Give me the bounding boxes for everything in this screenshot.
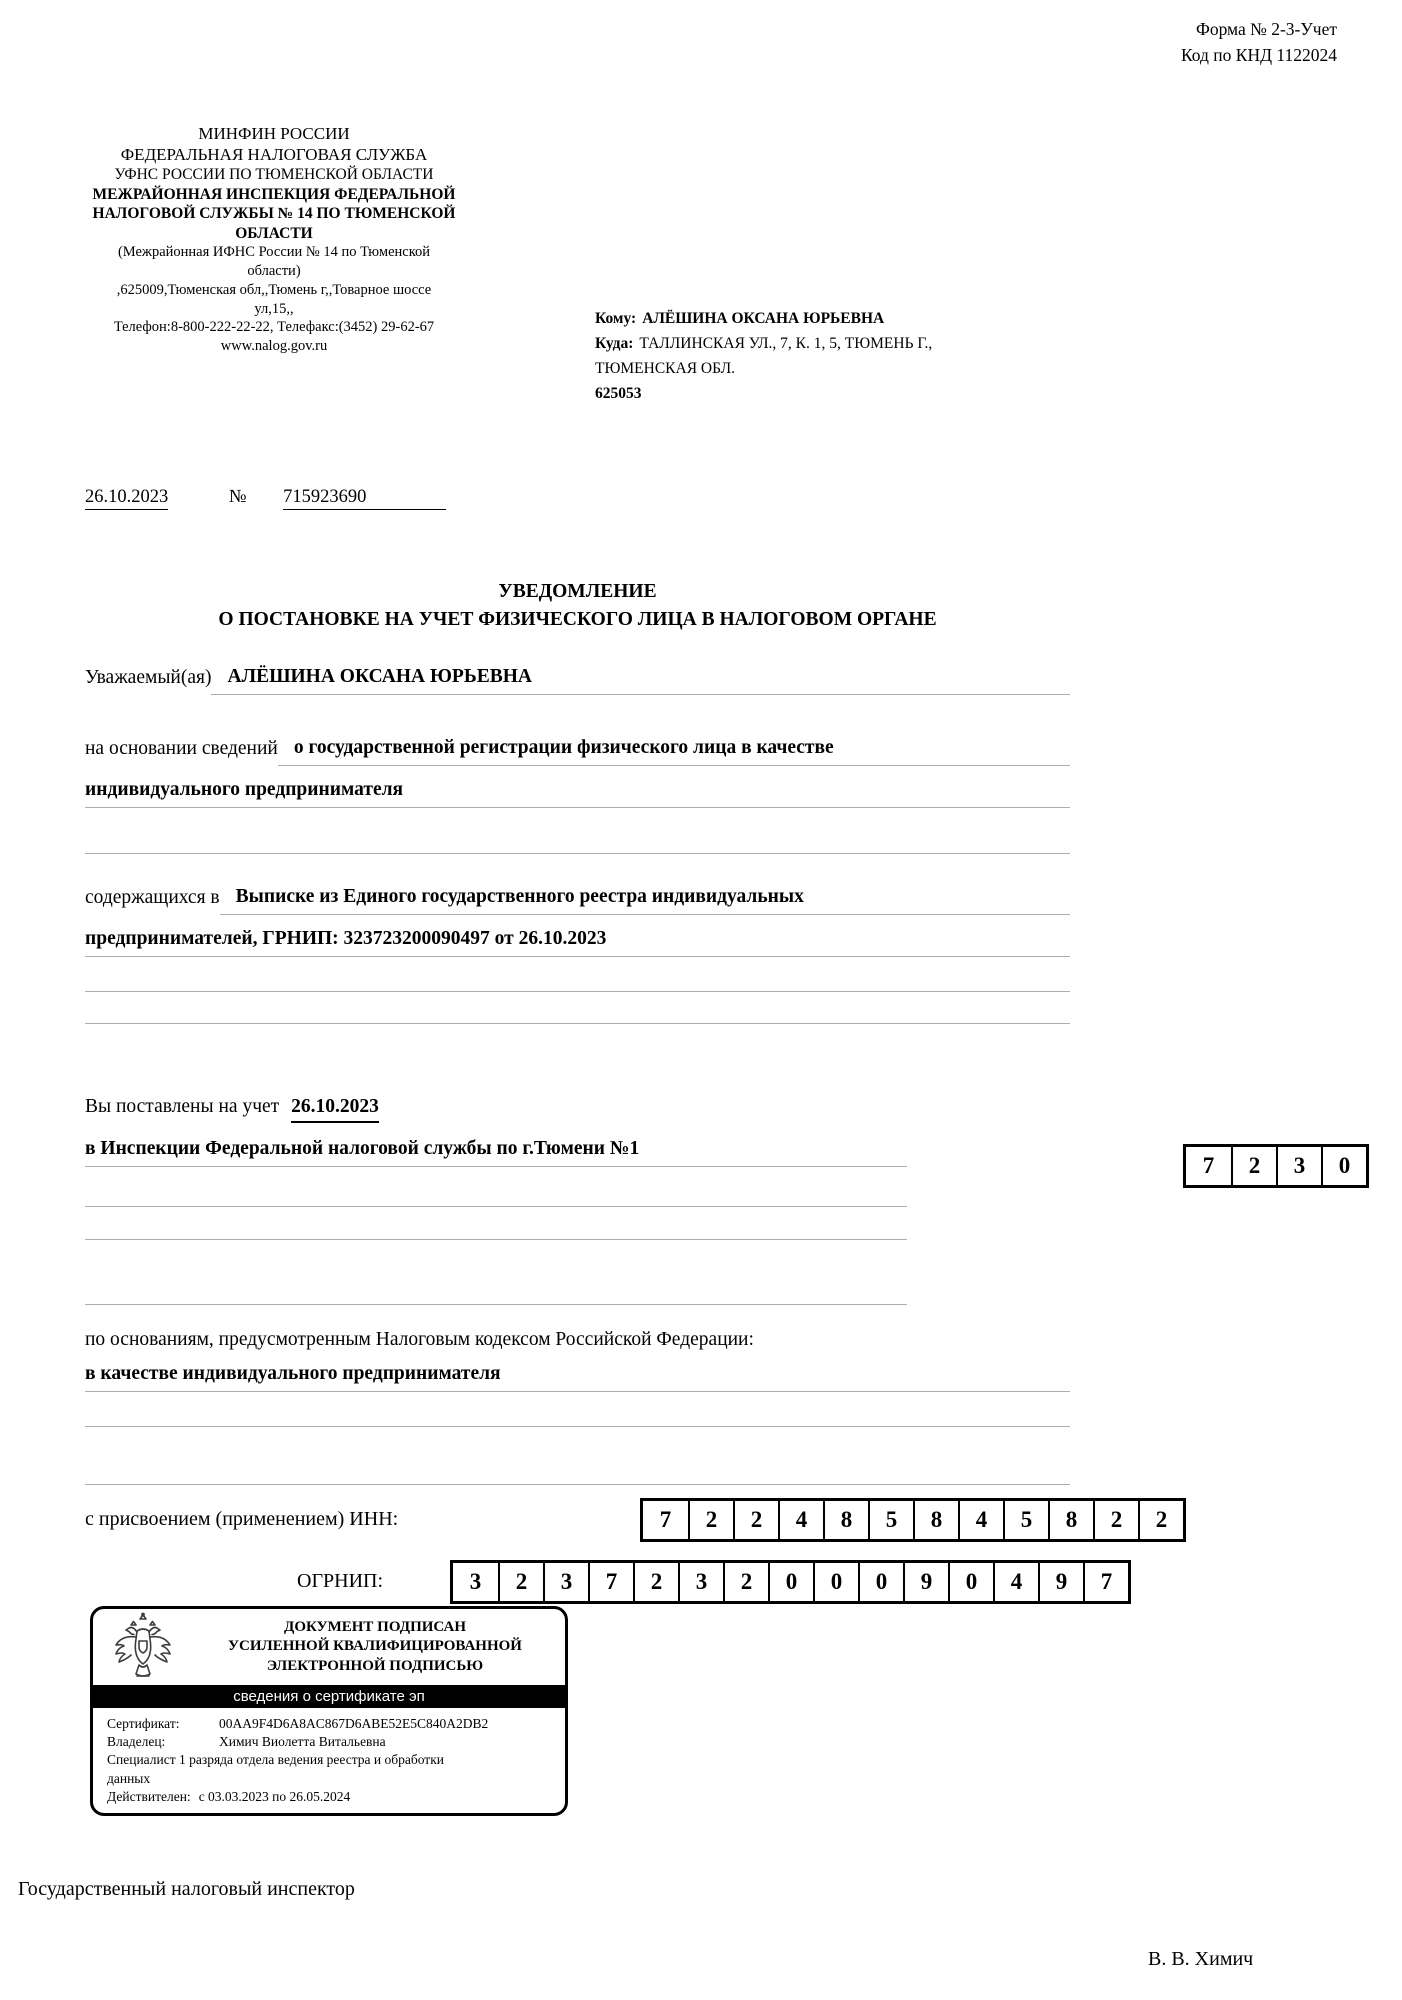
basis-label: на основании сведений bbox=[85, 738, 278, 766]
agency-inspection-short-line: (Межрайонная ИФНС России № 14 по Тюменск… bbox=[85, 243, 463, 262]
owner-position-line: данных bbox=[107, 1770, 555, 1788]
stamp-details: Сертификат: 00AA9F4D6A8AC867D6ABE52E5C84… bbox=[93, 1708, 565, 1814]
notice-title: УВЕДОМЛЕНИЕ О ПОСТАНОВКЕ НА УЧЕТ ФИЗИЧЕС… bbox=[85, 578, 1070, 633]
digit-cell: 4 bbox=[993, 1563, 1038, 1601]
digit-cell: 3 bbox=[453, 1563, 498, 1601]
field-line bbox=[85, 1239, 907, 1240]
field-line bbox=[85, 991, 1070, 992]
inn-grid: 722485845822 bbox=[640, 1498, 1186, 1542]
field-line bbox=[85, 1023, 1070, 1024]
basis-row-2: индивидуального предпринимателя bbox=[85, 779, 1070, 808]
digit-cell: 2 bbox=[1138, 1501, 1183, 1539]
agency-inspection-name-line: МЕЖРАЙОННАЯ ИНСПЕКЦИЯ ФЕДЕРАЛЬНОЙ bbox=[85, 185, 463, 204]
grounds-value-row: в качестве индивидуального предпринимате… bbox=[85, 1363, 1070, 1392]
certificate-label: Сертификат: bbox=[107, 1715, 219, 1733]
digit-cell: 5 bbox=[1003, 1501, 1048, 1539]
basis-value-line2: индивидуального предпринимателя bbox=[85, 779, 1070, 808]
digit-cell: 2 bbox=[1093, 1501, 1138, 1539]
stamp-title: ДОКУМЕНТ ПОДПИСАН УСИЛЕННОЙ КВАЛИФИЦИРОВ… bbox=[193, 1609, 565, 1685]
certificate-bar: сведения о сертификате эп bbox=[93, 1685, 565, 1708]
agency-website: www.nalog.gov.ru bbox=[85, 337, 463, 356]
recipient-to-label: Кому: bbox=[595, 310, 636, 327]
contained-row-2: предпринимателей, ГРНИП: 323723200090497… bbox=[85, 928, 1070, 957]
digit-cell: 2 bbox=[1231, 1147, 1276, 1185]
agency-inspection-name: МЕЖРАЙОННАЯ ИНСПЕКЦИЯ ФЕДЕРАЛЬНОЙ НАЛОГО… bbox=[85, 185, 463, 243]
field-line bbox=[85, 1426, 1070, 1427]
digit-cell: 9 bbox=[1038, 1563, 1083, 1601]
field-line bbox=[85, 1484, 1070, 1485]
registered-date: 26.10.2023 bbox=[291, 1096, 379, 1123]
digit-cell: 0 bbox=[1321, 1147, 1366, 1185]
salutation-label: Уважаемый(ая) bbox=[85, 667, 211, 695]
document-page: { "form_header": { "form_number": "Форма… bbox=[0, 0, 1402, 2000]
digit-cell: 3 bbox=[543, 1563, 588, 1601]
digit-cell: 0 bbox=[813, 1563, 858, 1601]
certificate-row: Сертификат: 00AA9F4D6A8AC867D6ABE52E5C84… bbox=[107, 1715, 555, 1733]
grounds-label: по основаниям, предусмотренным Налоговым… bbox=[85, 1329, 754, 1351]
agency-inspection-name-line: ОБЛАСТИ bbox=[85, 224, 463, 243]
ogrnip-grid: 323723200090497 bbox=[450, 1560, 1131, 1604]
recipient-where-row: Куда:ТАЛЛИНСКАЯ УЛ., 7, К. 1, 5, ТЮМЕНЬ … bbox=[595, 331, 1060, 356]
inspection-code-grid: 7230 bbox=[1183, 1144, 1369, 1188]
digit-cell: 8 bbox=[913, 1501, 958, 1539]
basis-row-1: на основании сведений о государственной … bbox=[85, 737, 1070, 766]
recipient-where-row-2: ТЮМЕНСКАЯ ОБЛ. bbox=[595, 356, 1060, 381]
owner-position-line: Специалист 1 разряда отдела ведения реес… bbox=[107, 1751, 555, 1769]
agency-ministry: МИНФИН РОССИИ bbox=[85, 124, 463, 145]
contained-row-1: содержащихся в Выписке из Единого госуда… bbox=[85, 886, 1070, 915]
recipient-postal-code: 625053 bbox=[595, 381, 1060, 406]
digit-cell: 0 bbox=[948, 1563, 993, 1601]
agency-address-line: ,625009,Тюменская обл,,Тюмень г,,Товарно… bbox=[85, 281, 463, 300]
agency-block: МИНФИН РОССИИ ФЕДЕРАЛЬНАЯ НАЛОГОВАЯ СЛУЖ… bbox=[85, 124, 463, 356]
digit-cell: 2 bbox=[633, 1563, 678, 1601]
registered-row: Вы поставлены на учет 26.10.2023 bbox=[85, 1096, 1070, 1123]
contained-value-line2: предпринимателей, ГРНИП: 323723200090497… bbox=[85, 928, 1070, 957]
notice-title-line1: УВЕДОМЛЕНИЕ bbox=[85, 578, 1070, 606]
digit-cell: 4 bbox=[958, 1501, 1003, 1539]
recipient-where-value: ТАЛЛИНСКАЯ УЛ., 7, К. 1, 5, ТЮМЕНЬ Г., bbox=[639, 335, 932, 352]
signature-stamp: ДОКУМЕНТ ПОДПИСАН УСИЛЕННОЙ КВАЛИФИЦИРОВ… bbox=[90, 1606, 568, 1816]
digit-cell: 2 bbox=[498, 1563, 543, 1601]
form-code-block: Форма № 2-3-Учет Код по КНД 1122024 bbox=[1181, 16, 1337, 69]
digit-cell: 8 bbox=[1048, 1501, 1093, 1539]
salutation-row: Уважаемый(ая) АЛЁШИНА ОКСАНА ЮРЬЕВНА bbox=[85, 666, 1070, 695]
digit-cell: 4 bbox=[778, 1501, 823, 1539]
doc-meta-row: 26.10.2023 № 715923690 bbox=[85, 487, 446, 508]
doc-number-sign: № bbox=[229, 487, 247, 507]
grounds-label-row: по основаниям, предусмотренным Налоговым… bbox=[85, 1329, 1070, 1351]
owner-row: Владелец: Химич Виолетта Витальевна bbox=[107, 1733, 555, 1751]
digit-cell: 7 bbox=[588, 1563, 633, 1601]
grounds-value: в качестве индивидуального предпринимате… bbox=[85, 1363, 1070, 1392]
knd-code: Код по КНД 1122024 bbox=[1181, 42, 1337, 68]
doc-number: 715923690 bbox=[283, 487, 446, 510]
agency-service: ФЕДЕРАЛЬНАЯ НАЛОГОВАЯ СЛУЖБА bbox=[85, 145, 463, 166]
validity-label: Действителен: bbox=[107, 1788, 191, 1806]
digit-cell: 0 bbox=[858, 1563, 903, 1601]
registered-label: Вы поставлены на учет bbox=[85, 1096, 279, 1118]
salutation-name: АЛЁШИНА ОКСАНА ЮРЬЕВНА bbox=[211, 666, 1070, 695]
inspector-name: В. В. Химич bbox=[1148, 1948, 1253, 1971]
doc-date: 26.10.2023 bbox=[85, 487, 168, 510]
inspection-row: в Инспекции Федеральной налоговой службы… bbox=[85, 1138, 907, 1167]
agency-phone: Телефон:8-800-222-22-22, Телефакс:(3452)… bbox=[85, 318, 463, 337]
agency-department: УФНС РОССИИ ПО ТЮМЕНСКОЙ ОБЛАСТИ bbox=[85, 165, 463, 184]
recipient-where-label: Куда: bbox=[595, 335, 633, 352]
field-line bbox=[85, 1304, 907, 1305]
stamp-top: ДОКУМЕНТ ПОДПИСАН УСИЛЕННОЙ КВАЛИФИЦИРОВ… bbox=[93, 1609, 565, 1685]
notice-title-line2: О ПОСТАНОВКЕ НА УЧЕТ ФИЗИЧЕСКОГО ЛИЦА В … bbox=[85, 606, 1070, 634]
digit-cell: 8 bbox=[823, 1501, 868, 1539]
owner-value: Химич Виолетта Витальевна bbox=[219, 1733, 386, 1751]
recipient-to-value: АЛЁШИНА ОКСАНА ЮРЬЕВНА bbox=[642, 310, 884, 327]
digit-cell: 3 bbox=[678, 1563, 723, 1601]
digit-cell: 0 bbox=[768, 1563, 813, 1601]
stamp-title-line: ДОКУМЕНТ ПОДПИСАН bbox=[193, 1618, 557, 1638]
basis-value-line1: о государственной регистрации физическог… bbox=[278, 737, 1070, 766]
owner-label: Владелец: bbox=[107, 1733, 219, 1751]
digit-cell: 9 bbox=[903, 1563, 948, 1601]
field-line bbox=[85, 1206, 907, 1207]
validity-value: с 03.03.2023 по 26.05.2024 bbox=[199, 1788, 351, 1806]
digit-cell: 2 bbox=[723, 1563, 768, 1601]
digit-cell: 7 bbox=[1186, 1147, 1231, 1185]
contained-label: содержащихся в bbox=[85, 887, 220, 915]
certificate-value: 00AA9F4D6A8AC867D6ABE52E5C840A2DB2 bbox=[219, 1715, 488, 1733]
agency-inspection-short-line: области) bbox=[85, 262, 463, 281]
stamp-title-line: ЭЛЕКТРОННОЙ ПОДПИСЬЮ bbox=[193, 1657, 557, 1677]
recipient-block: Кому:АЛЁШИНА ОКСАНА ЮРЬЕВНА Куда:ТАЛЛИНС… bbox=[595, 306, 1060, 406]
validity-row: Действителен: с 03.03.2023 по 26.05.2024 bbox=[107, 1788, 555, 1806]
agency-address: ,625009,Тюменская обл,,Тюмень г,,Товарно… bbox=[85, 281, 463, 319]
digit-cell: 7 bbox=[643, 1501, 688, 1539]
digit-cell: 2 bbox=[688, 1501, 733, 1539]
contained-value-line1: Выписке из Единого государственного реес… bbox=[220, 886, 1070, 915]
double-headed-eagle-icon bbox=[93, 1609, 193, 1685]
digit-cell: 7 bbox=[1083, 1563, 1128, 1601]
digit-cell: 5 bbox=[868, 1501, 913, 1539]
recipient-to-row: Кому:АЛЁШИНА ОКСАНА ЮРЬЕВНА bbox=[595, 306, 1060, 331]
digit-cell: 3 bbox=[1276, 1147, 1321, 1185]
agency-address-line: ул,15,, bbox=[85, 300, 463, 319]
stamp-title-line: УСИЛЕННОЙ КВАЛИФИЦИРОВАННОЙ bbox=[193, 1637, 557, 1657]
field-line bbox=[85, 853, 1070, 854]
agency-inspection-name-line: НАЛОГОВОЙ СЛУЖБЫ № 14 ПО ТЮМЕНСКОЙ bbox=[85, 204, 463, 223]
inn-label: с присвоением (применением) ИНН: bbox=[85, 1508, 398, 1531]
form-number: Форма № 2-3-Учет bbox=[1181, 16, 1337, 42]
inspector-title: Государственный налоговый инспектор bbox=[18, 1878, 355, 1901]
agency-inspection-short: (Межрайонная ИФНС России № 14 по Тюменск… bbox=[85, 243, 463, 281]
digit-cell: 2 bbox=[733, 1501, 778, 1539]
inspection-name: в Инспекции Федеральной налоговой службы… bbox=[85, 1138, 907, 1167]
ogrnip-label: ОГРНИП: bbox=[297, 1570, 383, 1593]
